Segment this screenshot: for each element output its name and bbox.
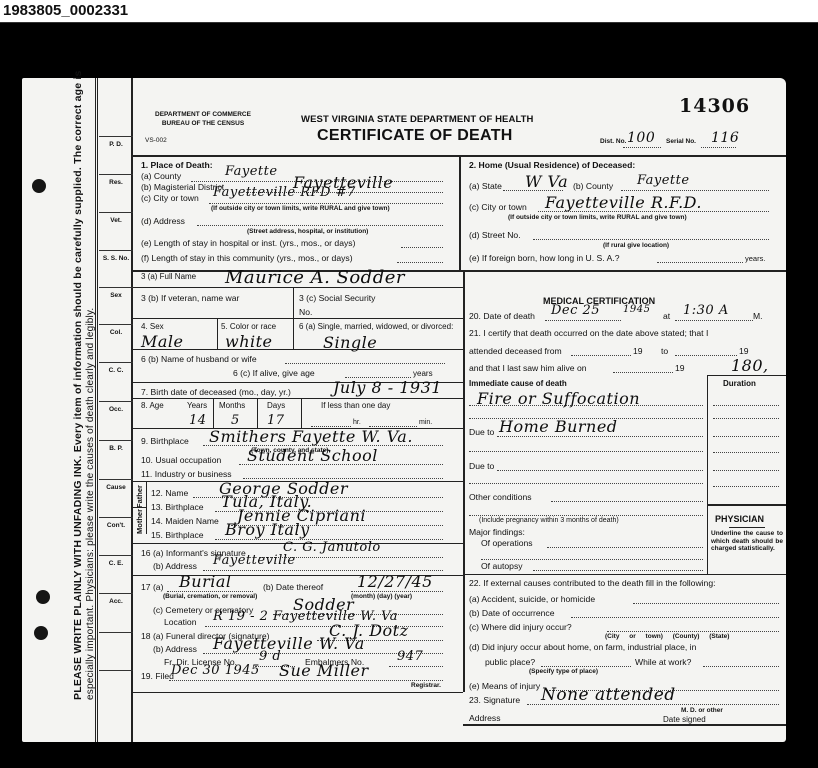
dotted-line <box>607 631 779 632</box>
birth-date-value[interactable]: July 8 - 1931 <box>333 378 442 397</box>
code-cell: C. C. <box>99 362 133 401</box>
code-cell: Acc. <box>99 593 133 632</box>
death-date-label: 20. Date of death <box>469 311 535 321</box>
while-at-work-label: While at work? <box>635 657 691 667</box>
certificate-title: CERTIFICATE OF DEATH <box>317 127 513 145</box>
punch-hole-icon <box>34 626 48 640</box>
disposition-label: 17 (a) <box>141 582 163 592</box>
death-time-suffix: M. <box>753 311 763 321</box>
dept-line-1: DEPARTMENT OF COMMERCE <box>143 110 263 119</box>
divider <box>213 398 214 428</box>
marital-label: 6 (a) Single, married, widowed, or divor… <box>299 322 459 332</box>
code-cell: Occ. <box>99 401 133 440</box>
funeral-address-value[interactable]: Fayetteville W. Va <box>213 634 365 653</box>
dotted-line <box>713 436 779 437</box>
punch-hole-icon <box>36 590 50 604</box>
mother-birthplace-value[interactable]: Broy Italy <box>225 520 310 539</box>
accident-label: (a) Accident, suicide, or homicide <box>469 594 595 604</box>
dotted-line <box>621 190 769 191</box>
divider <box>257 398 258 428</box>
res-city-value[interactable]: Fayetteville R.F.D. <box>545 193 702 212</box>
serial-no-value[interactable]: 116 <box>711 130 739 146</box>
dotted-line <box>675 320 753 321</box>
punch-hole-icon <box>32 179 46 193</box>
dotted-line <box>397 262 443 263</box>
res-street-label: (d) Street No. <box>469 230 521 240</box>
dotted-line <box>527 704 779 705</box>
code-cell <box>99 670 133 742</box>
attended-label: attended deceased from <box>469 346 562 356</box>
divider <box>217 318 218 349</box>
md-label: M. D. or other <box>681 707 723 714</box>
disposition-date-label: (b) Date thereof <box>263 582 323 592</box>
code-cell: B. P. <box>99 440 133 479</box>
agency-name: WEST VIRGINIA STATE DEPARTMENT OF HEALTH <box>301 114 534 125</box>
physician-heading: PHYSICIAN <box>715 514 764 524</box>
serial-no-label: Serial No. <box>666 138 696 145</box>
race-label: 5. Color or race <box>221 322 276 331</box>
certify-line: 21. I certify that death occurred on the… <box>469 328 708 338</box>
death-county-label: (a) County <box>141 171 181 181</box>
dept-name: DEPARTMENT OF COMMERCE BUREAU OF THE CEN… <box>143 110 263 128</box>
death-address-note: (Street address, hospital, or institutio… <box>247 228 368 235</box>
dotted-line <box>613 372 673 373</box>
birthplace-label: 9. Birthplace <box>141 436 189 446</box>
dotted-line <box>657 262 743 263</box>
dotted-line <box>469 451 703 452</box>
location-label: Location <box>164 617 197 627</box>
embalmer-value[interactable]: 947 <box>397 649 423 664</box>
divider <box>133 507 146 508</box>
death-district-label: (b) Magisterial District <box>141 182 224 192</box>
dist-no-label: Dist. No. <box>600 138 626 145</box>
code-cell: Sex <box>99 287 133 324</box>
dotted-line <box>481 559 703 560</box>
full-name-label: 3 (a) Full Name <box>141 272 196 281</box>
address-label: Address <box>469 713 501 723</box>
spouse-age-suffix: years <box>413 369 433 378</box>
divider <box>463 724 786 726</box>
dotted-line <box>503 190 563 191</box>
dotted-line <box>209 203 443 204</box>
code-cell: Cause <box>99 479 133 517</box>
dotted-line <box>703 666 779 667</box>
divider <box>133 398 463 399</box>
dist-no-line <box>623 147 661 148</box>
dotted-line <box>469 405 703 406</box>
other-conditions-label: Other conditions <box>469 492 532 502</box>
death-date-value[interactable]: Dec 25 <box>551 303 600 318</box>
foreign-born-suffix: years. <box>745 254 765 263</box>
ssn-no-label: No. <box>299 307 312 317</box>
dist-no-value[interactable]: 100 <box>627 130 655 146</box>
death-city-label: (c) City or town <box>141 193 199 203</box>
autopsy-label: Of autopsy <box>481 561 523 571</box>
column-divider <box>459 155 461 270</box>
certificate-form: DEPARTMENT OF COMMERCE BUREAU OF THE CEN… <box>133 78 786 742</box>
at-label: at <box>663 311 670 321</box>
informant-address-label: (b) Address <box>153 561 197 571</box>
veteran-label: 3 (b) If veteran, name war <box>141 293 239 303</box>
dotted-line <box>169 680 443 681</box>
dotted-line <box>389 666 443 667</box>
dotted-line <box>497 436 703 437</box>
registrar-label: Registrar. <box>411 682 441 689</box>
age-label: 8. Age <box>141 401 164 410</box>
disposition-date-note: (month) (day) (year) <box>351 593 412 600</box>
divider <box>133 318 463 319</box>
death-city-note: (If outside city or town limits, write R… <box>211 205 390 212</box>
divider <box>133 692 463 693</box>
years-value[interactable]: 14 <box>189 413 207 428</box>
dotted-line <box>571 617 779 618</box>
occupation-label: 10. Usual occupation <box>141 455 221 465</box>
dotted-line <box>469 483 703 484</box>
code-cell: Con't. <box>99 517 133 555</box>
mother-maiden-label: 14. Maiden Name <box>151 516 219 526</box>
days-value[interactable]: 17 <box>267 413 285 428</box>
serial-no-line <box>701 147 736 148</box>
last-seen-mark: 180, <box>731 356 769 375</box>
death-address-label: (d) Address <box>141 216 185 226</box>
attended-19-from: 19 <box>633 346 643 356</box>
signature-value[interactable]: None attended <box>541 685 676 705</box>
attended-to-label: to <box>661 346 668 356</box>
sex-label: 4. Sex <box>141 322 164 331</box>
years-label: Years <box>187 401 207 410</box>
license-value[interactable]: 9 d <box>259 649 281 664</box>
birthplace-value[interactable]: Smithers Fayette W. Va. <box>209 427 413 446</box>
death-time-value[interactable]: 1:30 A <box>683 303 729 318</box>
where-note: (City or town) (County) (State) <box>605 633 729 640</box>
signature-label: 23. Signature <box>469 695 520 705</box>
coding-column: P. D. Res. Vet. S. S. No. Sex Col. C. C.… <box>99 78 133 742</box>
code-cell: C. E. <box>99 555 133 593</box>
dotted-line <box>633 603 779 604</box>
pregnancy-note: (Include pregnancy within 3 months of de… <box>479 517 619 524</box>
res-county-label: (b) County <box>573 181 613 191</box>
occurrence-label: (b) Date of occurrence <box>469 608 555 618</box>
code-cell: Col. <box>99 324 133 362</box>
divider <box>707 504 786 506</box>
certificate-number: 14306 <box>679 95 750 117</box>
months-value[interactable]: 5 <box>231 413 240 428</box>
res-county-value[interactable]: Fayette <box>637 173 690 188</box>
divider <box>133 349 463 350</box>
divider <box>146 481 147 534</box>
ssn-label: 3 (c) Social Security <box>299 293 375 303</box>
dotted-line <box>713 452 779 453</box>
instruction-margin: PLEASE WRITE PLAINLY WITH UNFADING INK. … <box>22 78 98 742</box>
res-city-label: (c) City or town <box>469 202 527 212</box>
operations-label: Of operations <box>481 538 533 548</box>
dotted-line <box>541 666 631 667</box>
code-cell: Res. <box>99 174 133 212</box>
min-label: min. <box>419 419 432 426</box>
residence-heading: 2. Home (Usual Residence) of Deceased: <box>469 160 635 170</box>
res-city-note: (If outside city or town limits, write R… <box>508 214 687 221</box>
attended-19-to: 19 <box>739 346 749 356</box>
dotted-line <box>497 470 703 471</box>
place-of-death-heading: 1. Place of Death: <box>141 160 213 170</box>
filed-value[interactable]: Dec 30 1945 <box>171 663 260 678</box>
dotted-line <box>197 225 443 226</box>
dotted-line <box>203 570 443 571</box>
divider <box>459 270 786 272</box>
dotted-line <box>351 591 443 592</box>
home-farm-label: (d) Did injury occur about home, on farm… <box>469 642 696 652</box>
divider <box>707 375 786 376</box>
hr-label: hr. <box>353 419 361 426</box>
stay-hospital-label: (e) Length of stay in hospital or inst. … <box>141 238 355 248</box>
immediate-cause-label: Immediate cause of death <box>469 379 567 388</box>
death-year-value[interactable]: 1945 <box>623 304 650 315</box>
dotted-line <box>538 211 769 212</box>
informant-value[interactable]: C. G. Janutolo <box>283 540 381 555</box>
dotted-line <box>713 405 779 406</box>
code-cell: Vet. <box>99 212 133 250</box>
dotted-line <box>239 464 443 465</box>
instruction-line-2: especially important. Physicians: please… <box>85 308 96 700</box>
dotted-line <box>401 247 443 248</box>
birth-date-label: 7. Birth date of deceased (mo., day, yr.… <box>141 387 291 397</box>
divider <box>133 287 463 288</box>
external-causes-heading: 22. If external causes contributed to th… <box>469 578 716 588</box>
informant-address-value[interactable]: Fayetteville <box>213 553 296 568</box>
spouse-age-label: 6 (c) If alive, give age <box>233 368 315 378</box>
dotted-line <box>545 320 621 321</box>
code-cell <box>99 632 133 670</box>
industry-label: 11. Industry or business <box>141 469 232 479</box>
months-label: Months <box>219 401 245 410</box>
funeral-address-label: (b) Address <box>153 644 197 654</box>
date-signed-label: Date signed <box>663 715 706 724</box>
divider <box>729 527 765 528</box>
divider <box>463 574 786 575</box>
physician-note: Underline the cause to which death shoul… <box>711 530 783 553</box>
dotted-line <box>469 515 703 516</box>
divider <box>301 398 302 428</box>
mother-side-label: Mother <box>135 509 144 534</box>
dotted-line <box>547 547 703 548</box>
place-note: (Specify type of place) <box>529 668 598 675</box>
spouse-label: 6 (b) Name of husband or wife <box>141 354 257 364</box>
res-state-value[interactable]: W Va <box>525 172 568 191</box>
file-label: 1983805_0002331 <box>3 2 128 19</box>
res-street-note: (If rural give location) <box>603 242 669 249</box>
form-number: VS-002 <box>145 137 167 144</box>
means-label: (e) Means of injury <box>469 681 540 691</box>
occupation-value[interactable]: Student School <box>247 446 378 465</box>
due-to-value[interactable]: Home Burned <box>499 417 618 436</box>
father-name-label: 12. Name <box>151 488 188 498</box>
dotted-line <box>167 591 253 592</box>
due-to-2-label: Due to <box>469 461 494 471</box>
divider <box>707 504 708 574</box>
less-than-day-label: If less than one day <box>321 401 390 410</box>
death-county-value[interactable]: Fayette <box>225 164 278 179</box>
dotted-line <box>551 501 703 502</box>
days-label: Days <box>267 401 285 410</box>
column-divider <box>463 270 465 692</box>
last-seen-label: and that I last saw him alive on <box>469 363 587 373</box>
father-side-label: Father <box>135 485 144 508</box>
stay-community-label: (f) Length of stay in this community (yr… <box>141 253 353 263</box>
public-place-label: public place? <box>485 657 535 667</box>
registrar-signature[interactable]: Sue Miller <box>279 661 369 680</box>
instruction-line-1: PLEASE WRITE PLAINLY WITH UNFADING INK. … <box>72 70 84 700</box>
death-city-value[interactable]: Fayetteville RFD #7 <box>213 185 356 200</box>
dotted-line <box>571 355 631 356</box>
dotted-line <box>713 418 779 419</box>
dotted-line <box>713 470 779 471</box>
res-state-label: (a) State <box>469 181 502 191</box>
code-cell: P. D. <box>99 136 133 174</box>
disposition-note: (Burial, cremation, or removal) <box>163 593 257 600</box>
dept-line-2: BUREAU OF THE CENSUS <box>143 119 263 128</box>
father-birthplace-label: 13. Birthplace <box>151 502 204 512</box>
dotted-line <box>533 570 703 571</box>
disposition-value[interactable]: Burial <box>179 572 231 591</box>
dotted-line <box>713 486 779 487</box>
dotted-line <box>675 355 737 356</box>
foreign-born-label: (e) If foreign born, how long in U. S. A… <box>469 253 619 263</box>
duration-label: Duration <box>723 379 756 388</box>
dotted-line <box>285 363 445 364</box>
due-to-label: Due to <box>469 427 494 437</box>
file-label-bar: 1983805_0002331 <box>0 0 818 23</box>
mother-birthplace-label: 15. Birthplace <box>151 530 204 540</box>
major-findings-label: Major findings: <box>469 527 525 537</box>
disposition-date-value[interactable]: 12/27/45 <box>357 572 433 591</box>
last-seen-19: 19 <box>675 363 685 373</box>
full-name-value[interactable]: Maurice A. Sodder <box>225 267 405 288</box>
death-certificate: PLEASE WRITE PLAINLY WITH UNFADING INK. … <box>22 78 786 742</box>
code-cell: S. S. No. <box>99 250 133 287</box>
dotted-line <box>533 239 769 240</box>
where-label: (c) Where did injury occur? <box>469 622 572 632</box>
